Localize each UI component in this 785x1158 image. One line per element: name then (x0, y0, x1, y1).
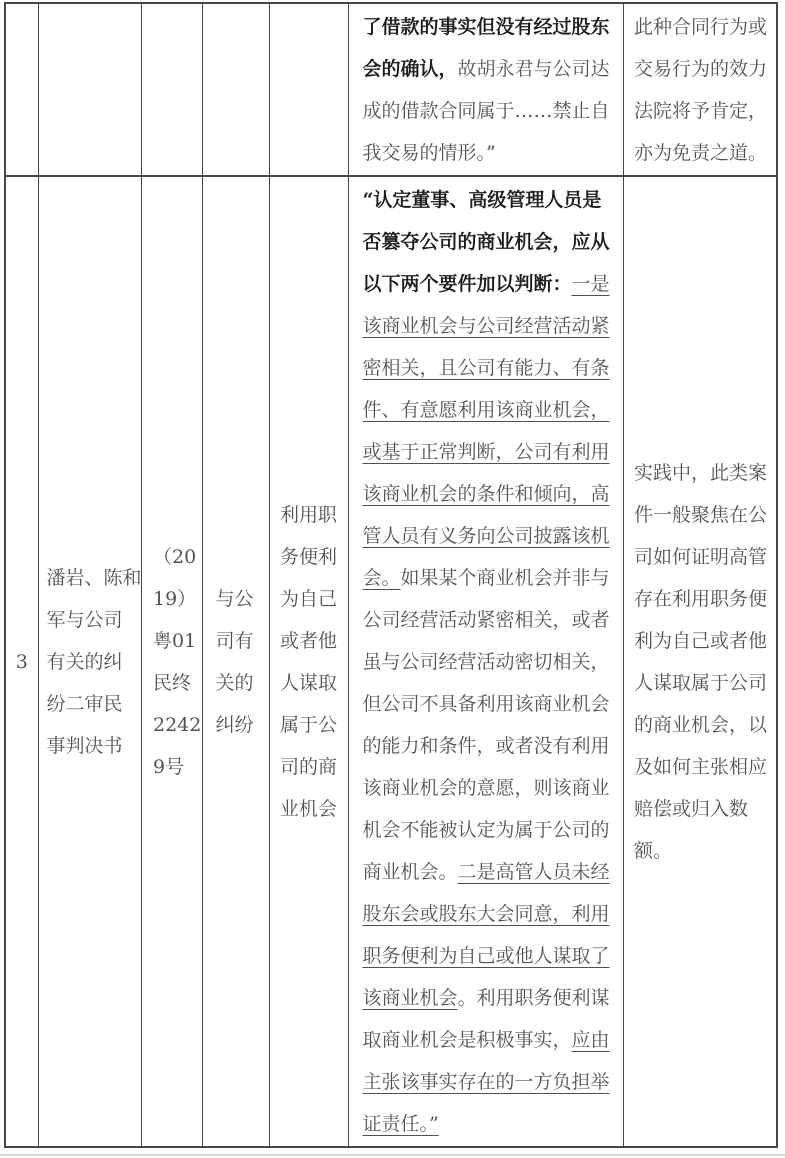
regular-text: 民终 (153, 672, 191, 694)
regular-text: 此种合同行为或 (634, 16, 767, 38)
commentary-cell: 实践中，此类案件一般聚焦在公司如何证明高管存在利用职务便利为自己或者他人谋取属于… (624, 177, 776, 1146)
underlined-text: 或基于正常判断，公司有利用 (363, 441, 610, 463)
regular-text: 9号 (153, 756, 184, 778)
scan-bottom-edge (0, 1154, 785, 1156)
regular-text: 粤01 (153, 630, 196, 652)
regular-text: 的商业机会，以 (634, 714, 767, 736)
regular-text: 但公司不具备利用该商业机会 (363, 693, 610, 715)
text-line: 主张该事实存在的一方负担举 (363, 1061, 624, 1103)
text-line: 会。如果某个商业机会并非与 (363, 557, 624, 599)
regular-text: 如果某个商业机会并非与 (401, 567, 610, 589)
regular-text: 军与公司 (47, 609, 123, 631)
text-line: 存在利用职务便 (634, 578, 776, 620)
bold-text: 以下两个要件加以判断： (363, 273, 572, 295)
text-line: 机会不能被认定为属于公司的 (363, 809, 624, 851)
text-line: 与公 (216, 578, 270, 620)
text-line: 件一般聚焦在公 (634, 494, 776, 536)
commentary-cell: 此种合同行为或交易行为的效力法院将予肯定，亦为免责之道。 (624, 4, 776, 175)
underlined-text: 应由 (572, 1029, 610, 1051)
text-line: 司如何证明高管 (634, 536, 776, 578)
category-cell: 利用职务便利为自己或者他人谋取属于公司的商业机会 (270, 177, 349, 1146)
text-line: 利用职 (280, 494, 348, 536)
text-line: 法院将予肯定， (634, 90, 776, 132)
text-line: 管人员有义务向公司披露该机 (363, 515, 624, 557)
underlined-text: 职务便利为自己或他人谋取了 (363, 945, 610, 967)
regular-text: 亦为免责之道。 (634, 142, 767, 164)
text-line: 9号 (153, 746, 202, 788)
regular-text: 纠纷 (216, 714, 254, 736)
text-line: 该商业机会的意愿，则该商业 (363, 767, 624, 809)
text-line: （20 (153, 536, 202, 578)
scanned-legal-document-page: 了借款的事实但没有经过股东会的确认，故胡永君与公司达成的借款合同属于……禁止自我… (0, 0, 785, 1158)
regular-text: 该商业机会的意愿，则该商业 (363, 777, 610, 799)
text-line: 我交易的情形。” (363, 132, 624, 174)
row-index-cell: 3 (6, 177, 39, 1146)
text-line: 司有 (216, 620, 270, 662)
underlined-text: 件、有意愿利用该商业机会， (363, 399, 610, 421)
underlined-text: 该商业机会与公司经营活动紧 (363, 315, 610, 337)
text-line: 的商业机会，以 (634, 704, 776, 746)
table-row-continuation: 了借款的事实但没有经过股东会的确认，故胡永君与公司达成的借款合同属于……禁止自我… (6, 4, 776, 177)
regular-text: 实践中，此类案 (634, 462, 767, 484)
regular-text: 人谋取属于公司 (634, 672, 767, 694)
regular-text: 。利用职务便利谋 (458, 987, 610, 1009)
regular-text: 取商业机会是积极事实， (363, 1029, 572, 1051)
court-opinion-cell: “认定董事、高级管理人员是否篡夺公司的商业机会，应从以下两个要件加以判断：一是该… (349, 177, 625, 1146)
underlined-text: 该商业机会 (363, 987, 458, 1009)
case-name-cell (39, 4, 143, 175)
text-line: 职务便利为自己或他人谋取了 (363, 935, 624, 977)
regular-text: 司有 (216, 630, 254, 652)
regular-text: 3 (16, 651, 28, 673)
regular-text: 商业机会。 (363, 861, 458, 883)
text-line: 证责任。” (363, 1103, 624, 1145)
bold-text: 会的确认， (363, 58, 458, 80)
underlined-text: 管人员有义务向公司披露该机 (363, 525, 610, 547)
text-line: 取商业机会是积极事实，应由 (363, 1019, 624, 1061)
regular-text: 业机会 (280, 798, 337, 820)
regular-text: 属于公 (280, 714, 337, 736)
text-line: 该商业机会与公司经营活动紧 (363, 305, 624, 347)
underlined-text: 证责任。” (363, 1113, 439, 1135)
text-line: 事判决书 (47, 725, 142, 767)
text-line: 股东会或股东大会同意，利用 (363, 893, 624, 935)
text-line: 及如何主张相应 (634, 746, 776, 788)
text-line: 务便利 (280, 536, 348, 578)
text-line: 潘岩、陈和 (47, 557, 142, 599)
text-line: 2242 (153, 704, 202, 746)
regular-text: 额。 (634, 840, 672, 862)
text-line: 密相关，且公司有能力、有条 (363, 347, 624, 389)
case-number-cell (142, 4, 203, 175)
regular-text: 成的借款合同属于……禁止自 (363, 100, 610, 122)
text-line: 以下两个要件加以判断：一是 (363, 263, 624, 305)
text-line: 纠纷 (216, 704, 270, 746)
regular-text: （20 (153, 546, 196, 568)
regular-text: 有关的纠 (47, 651, 123, 673)
text-line: 有关的纠 (47, 641, 142, 683)
underlined-text: 密相关，且公司有能力、有条 (363, 357, 610, 379)
regular-text: 交易行为的效力 (634, 58, 767, 80)
underlined-text: 会。 (363, 567, 401, 589)
text-line: 此种合同行为或 (634, 6, 776, 48)
regular-text: 纷二审民 (47, 693, 123, 715)
underlined-text: 主张该事实存在的一方负担举 (363, 1071, 610, 1093)
dispute-type-cell: 与公司有关的纠纷 (203, 177, 271, 1146)
text-line: 19） (153, 578, 202, 620)
text-line: 会的确认，故胡永君与公司达 (363, 48, 624, 90)
text-line: 公司经营活动紧密相关，或者 (363, 599, 624, 641)
regular-text: 为自己 (280, 588, 337, 610)
regular-text: 存在利用职务便 (634, 588, 767, 610)
regular-text: 事判决书 (47, 735, 123, 757)
bold-text: 否篡夺公司的商业机会，应从 (363, 231, 610, 253)
regular-text: 人谋取 (280, 672, 337, 694)
regular-text: 虽与公司经营活动密切相关， (363, 651, 610, 673)
text-line: “认定董事、高级管理人员是 (363, 179, 624, 221)
text-line: 否篡夺公司的商业机会，应从 (363, 221, 624, 263)
regular-text: 与公 (216, 588, 254, 610)
regular-text: 件一般聚焦在公 (634, 504, 767, 526)
regular-text: 司的商 (280, 756, 337, 778)
text-line: 民终 (153, 662, 202, 704)
bold-text: “认定董事、高级管理人员是 (363, 189, 602, 211)
regular-text: 机会不能被认定为属于公司的 (363, 819, 610, 841)
text-line: 军与公司 (47, 599, 142, 641)
court-opinion-cell: 了借款的事实但没有经过股东会的确认，故胡永君与公司达成的借款合同属于……禁止自我… (349, 4, 625, 175)
text-line: 成的借款合同属于……禁止自 (363, 90, 624, 132)
underlined-text: 二是高管人员未经 (458, 861, 610, 883)
text-line: 利为自己或者他 (634, 620, 776, 662)
text-line: 司的商 (280, 746, 348, 788)
regular-text: 故胡永君与公司达 (458, 58, 610, 80)
text-line: 商业机会。二是高管人员未经 (363, 851, 624, 893)
bold-text: 了借款的事实但没有经过股东 (363, 16, 610, 38)
text-line: 粤01 (153, 620, 202, 662)
underlined-text: 该商业机会的条件和倾向，高 (363, 483, 610, 505)
regular-text: 我交易的情形。” (363, 142, 496, 164)
regular-text: 务便利 (280, 546, 337, 568)
text-line: 或基于正常判断，公司有利用 (363, 431, 624, 473)
text-line: 亦为免责之道。 (634, 132, 776, 174)
regular-text: 或者他 (280, 630, 337, 652)
case-number-cell: （2019）粤01民终22429号 (142, 177, 203, 1146)
text-line: 属于公 (280, 704, 348, 746)
regular-text: 赔偿或归入数 (634, 798, 748, 820)
regular-text: 司如何证明高管 (634, 546, 767, 568)
regular-text: 潘岩、陈和 (47, 567, 142, 589)
text-line: 关的 (216, 662, 270, 704)
row-index-cell (6, 4, 39, 175)
text-line: 该商业机会。利用职务便利谋 (363, 977, 624, 1019)
underlined-text: 一是 (572, 273, 610, 295)
regular-text: 19） (153, 588, 196, 610)
text-line: 了借款的事实但没有经过股东 (363, 6, 624, 48)
text-line: 交易行为的效力 (634, 48, 776, 90)
regular-text: 及如何主张相应 (634, 756, 767, 778)
text-line: 或者他 (280, 620, 348, 662)
text-line: 3 (6, 641, 38, 683)
text-line: 为自己 (280, 578, 348, 620)
table-row-case-3: 3 潘岩、陈和军与公司有关的纠纷二审民事判决书 （2019）粤01民终22429… (6, 177, 776, 1146)
text-line: 件、有意愿利用该商业机会， (363, 389, 624, 431)
dispute-type-cell (203, 4, 271, 175)
text-line: 人谋取属于公司 (634, 662, 776, 704)
text-line: 的能力和条件，或者没有利用 (363, 725, 624, 767)
text-line: 该商业机会的条件和倾向，高 (363, 473, 624, 515)
regular-text: 的能力和条件，或者没有利用 (363, 735, 610, 757)
case-analysis-table: 了借款的事实但没有经过股东会的确认，故胡永君与公司达成的借款合同属于……禁止自我… (4, 2, 778, 1148)
regular-text: 公司经营活动紧密相关，或者 (363, 609, 610, 631)
text-line: 但公司不具备利用该商业机会 (363, 683, 624, 725)
text-line: 额。 (634, 830, 776, 872)
regular-text: 关的 (216, 672, 254, 694)
text-line: 实践中，此类案 (634, 452, 776, 494)
regular-text: 利用职 (280, 504, 337, 526)
underlined-text: 股东会或股东大会同意，利用 (363, 903, 610, 925)
category-cell (270, 4, 349, 175)
regular-text: 利为自己或者他 (634, 630, 767, 652)
text-line: 纷二审民 (47, 683, 142, 725)
regular-text: 2242 (153, 714, 201, 736)
text-line: 业机会 (280, 788, 348, 830)
text-line: 虽与公司经营活动密切相关， (363, 641, 624, 683)
case-name-cell: 潘岩、陈和军与公司有关的纠纷二审民事判决书 (39, 177, 143, 1146)
text-line: 人谋取 (280, 662, 348, 704)
text-line: 赔偿或归入数 (634, 788, 776, 830)
regular-text: 法院将予肯定， (634, 100, 767, 122)
